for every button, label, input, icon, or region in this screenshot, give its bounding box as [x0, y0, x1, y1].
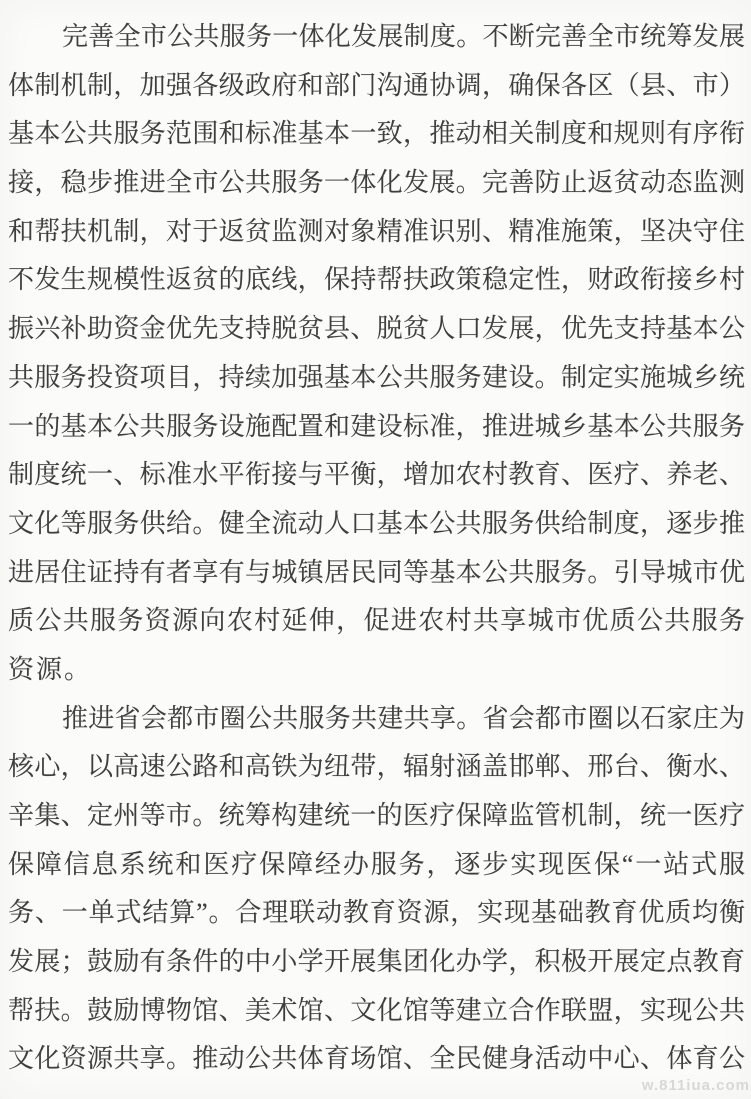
text-line: 和帮扶机制，对于返贫监测对象精准识别、精准施策，坚决守住 [8, 208, 745, 257]
text-line: 质公共服务资源向农村延伸，促进农村共享城市优质公共服务 [8, 597, 745, 646]
text-line: 体制机制，加强各级政府和部门沟通协调，确保各区（县、市） [8, 62, 745, 111]
text-line: 进居住证持有者享有与城镇居民同等基本公共服务。引导城市优 [8, 549, 745, 598]
text-line: 接，稳步推进全市公共服务一体化发展。完善防止返贫动态监测 [8, 159, 745, 208]
body-text: 完善全市公共服务一体化发展制度。不断完善全市统筹发展体制机制，加强各级政府和部门… [8, 13, 745, 1084]
text-line: 保障信息系统和医疗保障经办服务，逐步实现医保“一站式服 [8, 841, 745, 890]
text-line: 制度统一、标准水平衔接与平衡，增加农村教育、医疗、养老、 [8, 451, 745, 500]
text-line: 辛集、定州等市。统筹构建统一的医疗保障监管机制，统一医疗 [8, 792, 745, 841]
text-line: 基本公共服务范围和标准基本一致，推动相关制度和规则有序衔 [8, 110, 745, 159]
text-line: 发展；鼓励有条件的中小学开展集团化办学，积极开展定点教育 [8, 938, 745, 987]
text-line: 帮扶。鼓励博物馆、美术馆、文化馆等建立合作联盟，实现公共 [8, 987, 745, 1036]
text-line: 务、一单式结算”。合理联动教育资源，实现基础教育优质均衡 [8, 889, 745, 938]
text-line: 核心，以高速公路和高铁为纽带，辐射涵盖邯郸、邢台、衡水、 [8, 743, 745, 792]
text-line: 文化资源共享。推动公共体育场馆、全民健身活动中心、体育公 [8, 1035, 745, 1084]
text-line: 文化等服务供给。健全流动人口基本公共服务供给制度，逐步推 [8, 500, 745, 549]
text-line: 一的基本公共服务设施配置和建设标准，推进城乡基本公共服务 [8, 403, 745, 452]
paragraph: 推进省会都市圈公共服务共建共享。省会都市圈以石家庄为核心，以高速公路和高铁为纽带… [8, 695, 745, 1085]
watermark: w.811iua.com [642, 1077, 750, 1094]
text-line: 完善全市公共服务一体化发展制度。不断完善全市统筹发展 [8, 13, 745, 62]
text-line: 振兴补助资金优先支持脱贫县、脱贫人口发展，优先支持基本公 [8, 305, 745, 354]
text-line: 推进省会都市圈公共服务共建共享。省会都市圈以石家庄为 [8, 695, 745, 744]
paragraph: 完善全市公共服务一体化发展制度。不断完善全市统筹发展体制机制，加强各级政府和部门… [8, 13, 745, 695]
text-line: 不发生规模性返贫的底线，保持帮扶政策稳定性，财政衔接乡村 [8, 256, 745, 305]
document-page: 完善全市公共服务一体化发展制度。不断完善全市统筹发展体制机制，加强各级政府和部门… [0, 0, 751, 1099]
text-line: 共服务投资项目，持续加强基本公共服务建设。制定实施城乡统 [8, 354, 745, 403]
text-line: 资源。 [8, 646, 745, 695]
